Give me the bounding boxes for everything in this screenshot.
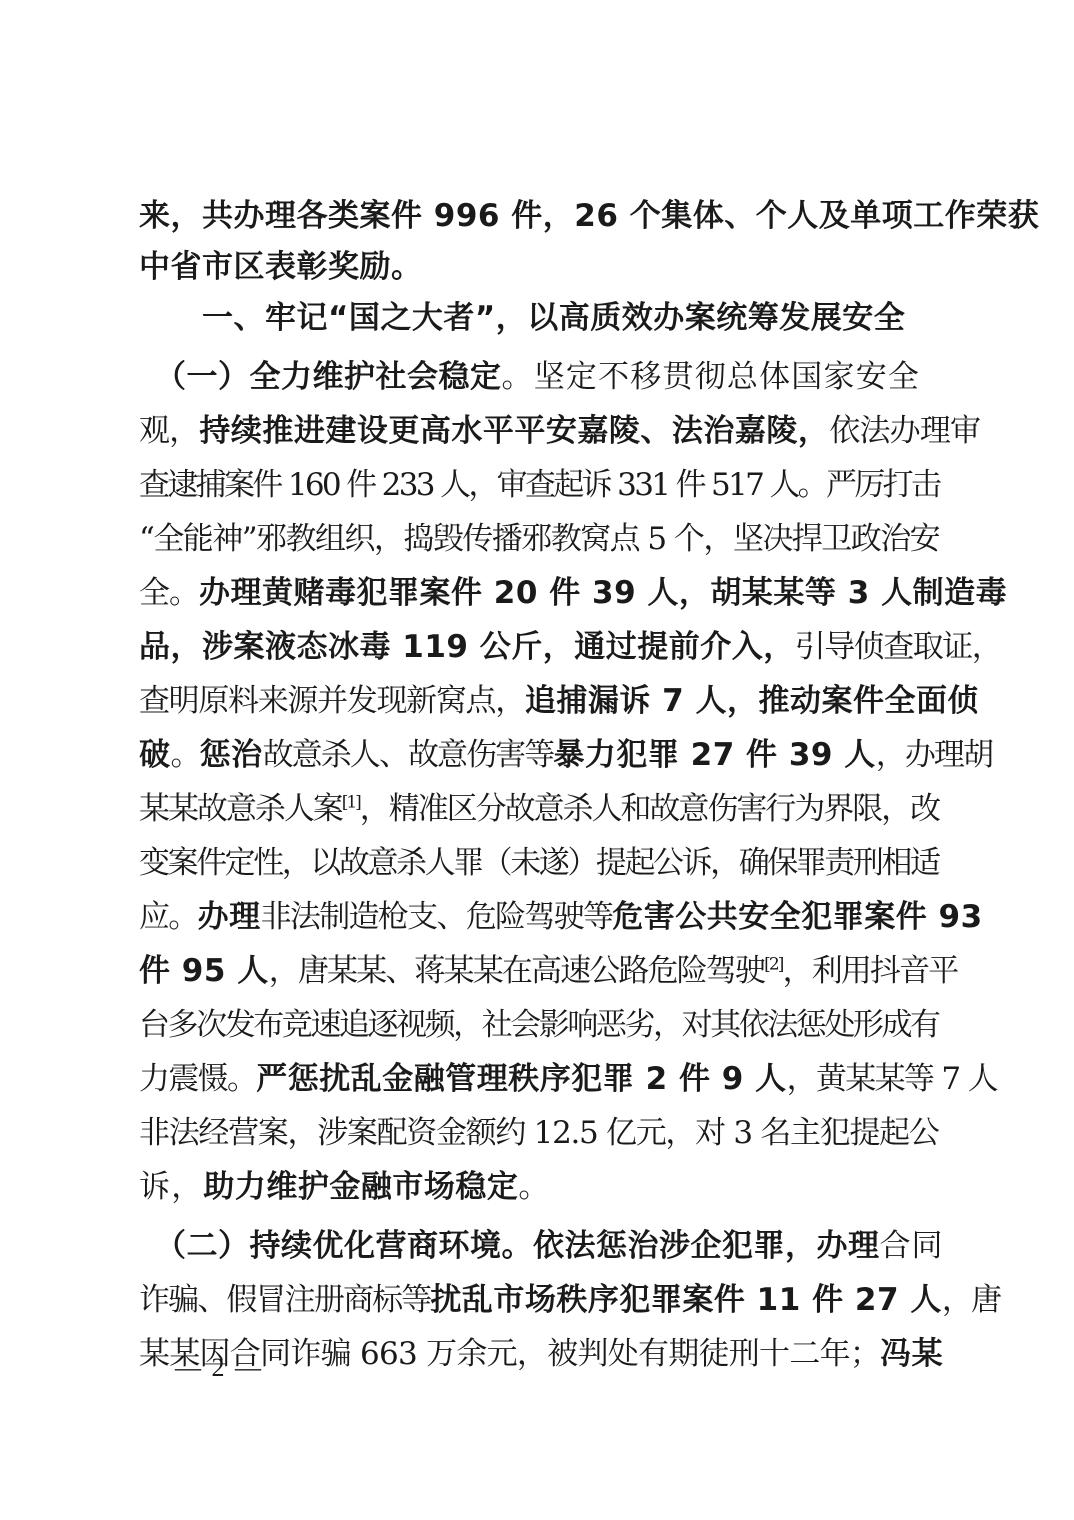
text-run: ，唐 xyxy=(942,1282,1000,1318)
text-run: 应。 xyxy=(139,899,198,935)
text-run: 查明原料来源并发现新窝点， xyxy=(139,683,525,719)
text-run: 合同 xyxy=(880,1228,944,1264)
text-run: ，黄某某等 7 人 xyxy=(787,1061,997,1097)
bold-text: 中省市区表彰奖励。 xyxy=(139,249,423,285)
text-line: 全。办理黄赌毒犯罪案件 20 件 39 人，胡某某等 3 人制造毒 xyxy=(139,573,939,613)
text-line: 某某故意杀人案[1]，精准区分故意杀人和故意伤害行为界限，改 xyxy=(139,789,939,829)
text-line: 一、牢记“国之大者”，以高质效办案统筹发展安全 xyxy=(139,298,939,338)
footnote-ref: [1] xyxy=(342,793,360,813)
text-run: 某某故意杀人案 xyxy=(139,791,342,827)
text-line: 诈骗、假冒注册商标等扰乱市场秩序犯罪案件 11 件 27 人，唐 xyxy=(139,1280,939,1320)
text-run: 台多次发布竞速追逐视频，社会影响恶劣，对其依法惩处形成有 xyxy=(139,1007,939,1043)
bold-text: 件 95 人 xyxy=(139,953,269,989)
text-run: 引导侦查取证， xyxy=(795,629,1002,665)
bold-text: 暴力犯罪 27 件 39 人 xyxy=(553,737,875,773)
text-line: （一）全力维护社会稳定。坚定不移贯彻总体国家安全 xyxy=(139,357,939,397)
bold-text: 助力维护金融市场稳定 xyxy=(203,1169,518,1205)
text-run: 诈骗、假冒注册商标等 xyxy=(139,1282,430,1318)
text-line: 件 95 人，唐某某、蒋某某在高速公路危险驾驶[2]，利用抖音平 xyxy=(139,951,939,991)
text-run: 非法制造枪支、危险驾驶等 xyxy=(261,899,613,935)
text-run: ，利用抖音平 xyxy=(783,953,958,989)
text-run: ，唐某某、蒋某某在高速公路危险驾驶 xyxy=(269,953,764,989)
text-line: 查明原料来源并发现新窝点，追捕漏诉 7 人，推动案件全面侦 xyxy=(139,681,939,721)
text-line: 破。惩治故意杀人、故意伤害等暴力犯罪 27 件 39 人，办理胡 xyxy=(139,735,939,775)
bold-text: 品，涉案液态冰毒 119 公斤，通过提前介入， xyxy=(139,629,795,665)
text-line: 台多次发布竞速追逐视频，社会影响恶劣，对其依法惩处形成有 xyxy=(139,1005,939,1045)
bold-text: 持续推进建设更高水平平安嘉陵、法治嘉陵， xyxy=(199,413,829,449)
text-line: “全能神”邪教组织，捣毁传播邪教窝点 5 个，坚决捍卫政治安 xyxy=(139,519,939,559)
bold-text: 来，共办理各类案件 996 件，26 个集体、个人及单项工作荣获 xyxy=(139,198,1039,234)
text-run: 。坚定不移贯彻总体国家安全 xyxy=(502,359,921,395)
document-page: 来，共办理各类案件 996 件，26 个集体、个人及单项工作荣获中省市区表彰奖励… xyxy=(0,0,1074,1520)
text-run: “全能神”邪教组织，捣毁传播邪教窝点 5 个，坚决捍卫政治安 xyxy=(139,521,939,557)
text-run: 观， xyxy=(139,413,199,449)
text-run: 。 xyxy=(518,1169,550,1205)
text-run: 依法办理审 xyxy=(829,413,980,449)
text-run: 诉， xyxy=(139,1169,203,1205)
text-run: ，办理胡 xyxy=(876,737,992,773)
text-line: 来，共办理各类案件 996 件，26 个集体、个人及单项工作荣获 xyxy=(139,196,939,236)
bold-text: （二）持续优化营商环境。依法惩治涉企犯罪，办理 xyxy=(139,1228,880,1264)
text-line: 中省市区表彰奖励。 xyxy=(139,247,939,287)
bold-text: 扰乱市场秩序犯罪案件 11 件 27 人 xyxy=(430,1282,941,1318)
bold-text: 办理 xyxy=(198,899,261,935)
footnote-ref: [2] xyxy=(764,955,783,975)
bold-text: 一、牢记“国之大者”，以高质效办案统筹发展安全 xyxy=(139,300,905,336)
bold-text: 严惩扰乱金融管理秩序犯罪 2 件 9 人 xyxy=(256,1061,786,1097)
bold-text: 办理黄赌毒犯罪案件 20 件 39 人，胡某某等 3 人制造毒 xyxy=(199,575,1007,611)
text-line: 力震慑。严惩扰乱金融管理秩序犯罪 2 件 9 人，黄某某等 7 人 xyxy=(139,1059,939,1099)
text-run: 变案件定性，以故意杀人罪（未遂）提起公诉，确保罪责刑相适 xyxy=(139,845,939,881)
text-line: 变案件定性，以故意杀人罪（未遂）提起公诉，确保罪责刑相适 xyxy=(139,843,939,883)
page-number: — 2 — xyxy=(175,1348,263,1388)
text-run: 故意杀人、故意伤害等 xyxy=(263,737,554,773)
bold-text: 追捕漏诉 7 人，推动案件全面侦 xyxy=(525,683,979,719)
bold-text: 惩治 xyxy=(200,737,263,773)
text-line: 品，涉案液态冰毒 119 公斤，通过提前介入，引导侦查取证， xyxy=(139,627,939,667)
bold-text: 破 xyxy=(139,737,171,773)
bold-text: （一）全力维护社会稳定 xyxy=(139,359,502,395)
bold-text: 冯某 xyxy=(880,1336,943,1372)
text-line: 查逮捕案件 160 件 233 人，审查起诉 331 件 517 人。严厉打击 xyxy=(139,465,939,505)
text-run: 全。 xyxy=(139,575,199,611)
text-run: 力震慑。 xyxy=(139,1061,256,1097)
text-run: 非法经营案，涉案配资金额约 12.5 亿元，对 3 名主犯提起公 xyxy=(139,1115,939,1151)
bold-text: 危害公共安全犯罪案件 93 xyxy=(612,899,982,935)
text-run: 。 xyxy=(171,737,200,773)
text-line: 应。办理非法制造枪支、危险驾驶等危害公共安全犯罪案件 93 xyxy=(139,897,939,937)
text-line: 非法经营案，涉案配资金额约 12.5 亿元，对 3 名主犯提起公 xyxy=(139,1113,939,1153)
text-line: 观，持续推进建设更高水平平安嘉陵、法治嘉陵，依法办理审 xyxy=(139,411,939,451)
text-line: （二）持续优化营商环境。依法惩治涉企犯罪，办理合同 xyxy=(139,1226,939,1266)
text-run: ，精准区分故意杀人和故意伤害行为界限，改 xyxy=(360,791,939,827)
text-line: 诉，助力维护金融市场稳定。 xyxy=(139,1167,939,1207)
text-run: 查逮捕案件 160 件 233 人，审查起诉 331 件 517 人。严厉打击 xyxy=(139,467,939,503)
